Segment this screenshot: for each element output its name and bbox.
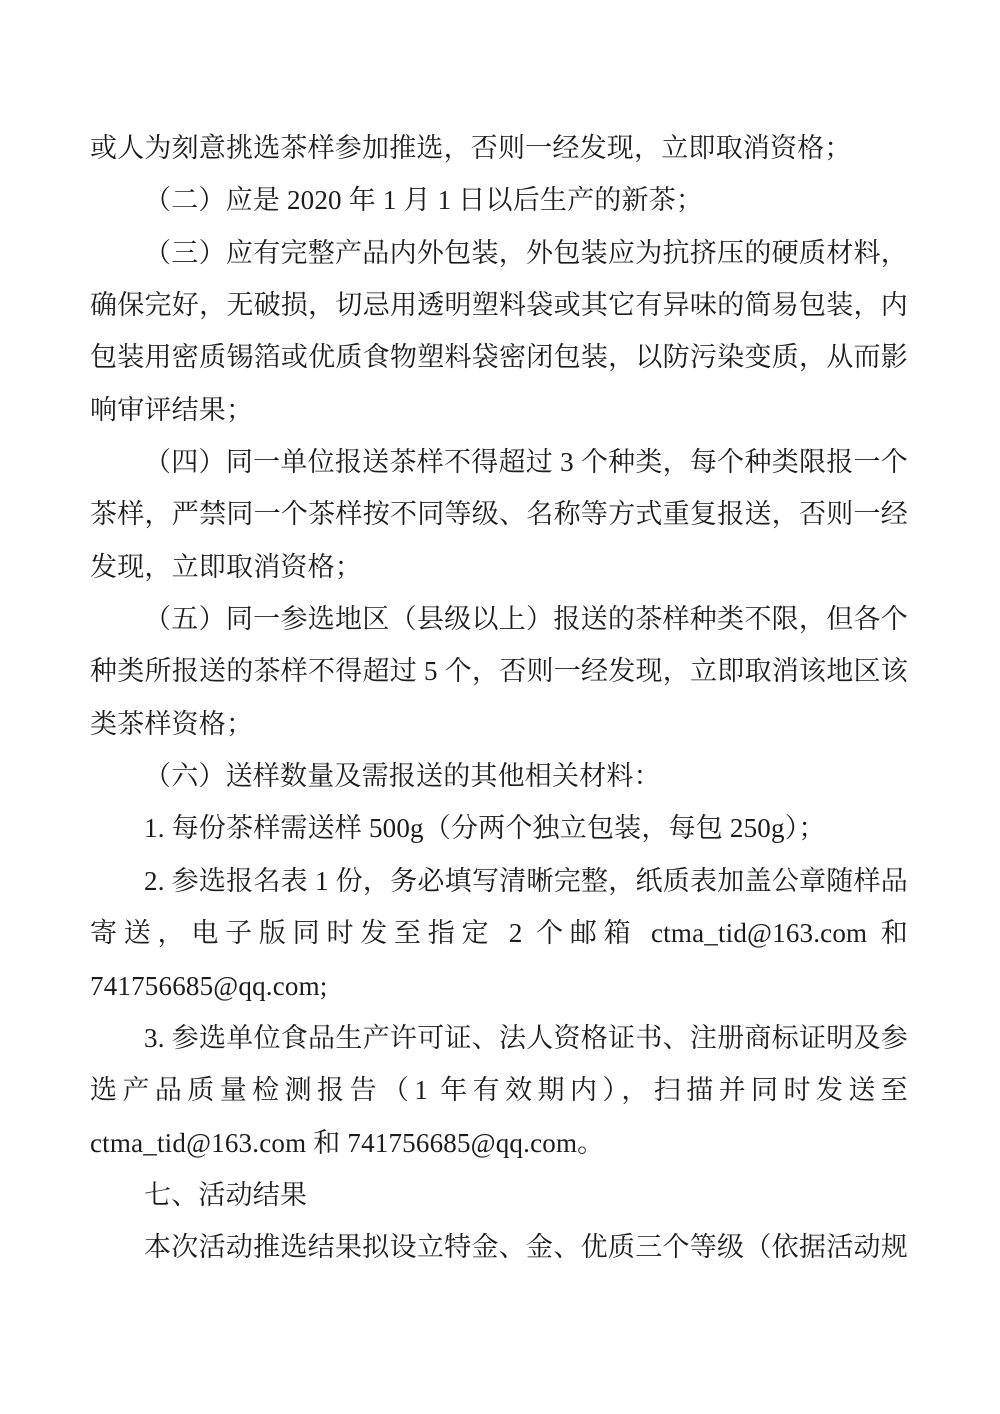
text-line: 包装用密质锡箔或优质食物塑料袋密闭包装，以防污染变质，从而影 [90,331,908,383]
text-line: （四）同一单位报送茶样不得超过 3 个种类，每个种类限报一个 [90,436,908,488]
text-line: 1. 每份茶样需送样 500g（分两个独立包装，每包 250g）； [90,802,908,854]
text-line: 741756685@qq.com; [90,960,908,1012]
text-line: （六）送样数量及需报送的其他相关材料： [90,750,908,802]
text-line: （三）应有完整产品内外包装，外包装应为抗挤压的硬质材料， [90,227,908,279]
text-line: 3. 参选单位食品生产许可证、法人资格证书、注册商标证明及参 [90,1012,908,1064]
text-line: 选产品质量检测报告（1 年有效期内），扫描并同时发送至 [90,1064,908,1116]
document-body: 或人为刻意挑选茶样参加推选，否则一经发现，立即取消资格； （二）应是 2020 … [90,122,908,1274]
text-line: （二）应是 2020 年 1 月 1 日以后生产的新茶； [90,174,908,226]
text-line: 七、活动结果 [90,1169,908,1221]
text-line: （五）同一参选地区（县级以上）报送的茶样种类不限，但各个 [90,593,908,645]
text-line: 2. 参选报名表 1 份，务必填写清晰完整，纸质表加盖公章随样品 [90,855,908,907]
text-line: 发现，立即取消资格； [90,541,908,593]
text-line: 响审评结果； [90,384,908,436]
text-line: 种类所报送的茶样不得超过 5 个，否则一经发现，立即取消该地区该 [90,645,908,697]
text-line: 寄送，电子版同时发至指定 2 个邮箱 ctma_tid@163.com 和 [90,907,908,959]
text-line: 类茶样资格； [90,698,908,750]
text-line: 本次活动推选结果拟设立特金、金、优质三个等级（依据活动规 [90,1221,908,1273]
text-line: 茶样，严禁同一个茶样按不同等级、名称等方式重复报送，否则一经 [90,488,908,540]
text-line: ctma_tid@163.com 和 741756685@qq.com。 [90,1117,908,1169]
document-page: 或人为刻意挑选茶样参加推选，否则一经发现，立即取消资格； （二）应是 2020 … [0,0,1000,1414]
text-line: 确保完好，无破损，切忌用透明塑料袋或其它有异味的简易包装，内 [90,279,908,331]
text-line: 或人为刻意挑选茶样参加推选，否则一经发现，立即取消资格； [90,122,908,174]
